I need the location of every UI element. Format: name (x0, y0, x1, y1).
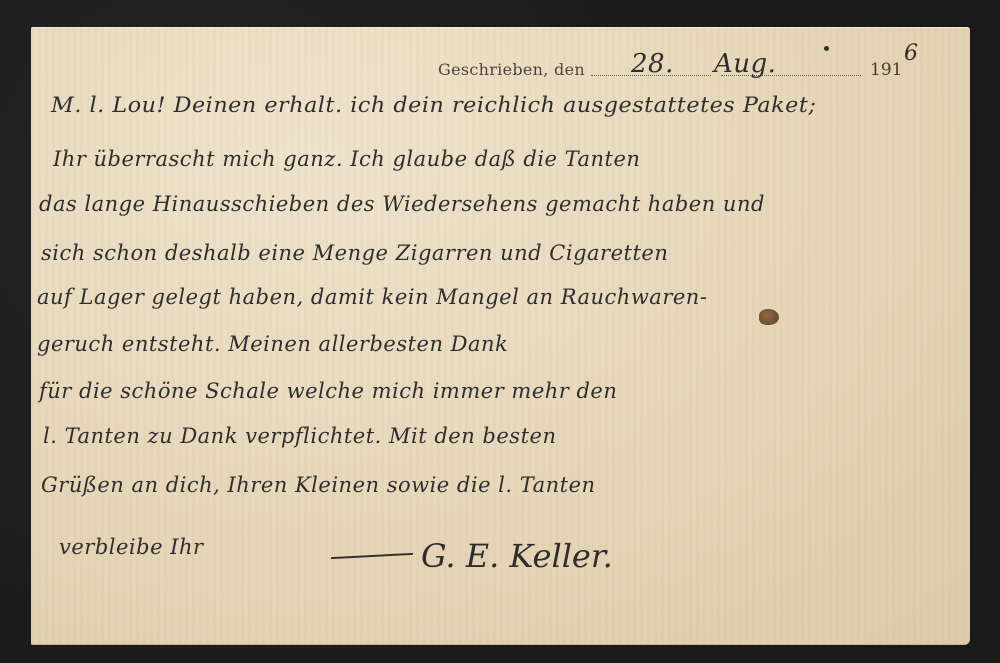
printed-header-label: Geschrieben, den (438, 60, 585, 79)
letter-line-2: Ihr überrascht mich ganz. Ich glaube daß… (53, 147, 640, 171)
letter-line-6: geruch entsteht. Meinen allerbesten Dank (37, 332, 508, 356)
letter-line-1: M. l. Lou! Deinen erhalt. ich dein reich… (51, 93, 816, 117)
postcard: Geschrieben, den 28. Aug. 191 6 M. l. Lo… (31, 27, 970, 645)
year-suffix: 6 (904, 41, 919, 66)
ink-dot (824, 46, 829, 51)
stain-mark (759, 309, 779, 325)
letter-line-7: für die schöne Schale welche mich immer … (39, 379, 617, 403)
letter-line-3: das lange Hinausschieben des Wiedersehen… (39, 192, 765, 216)
year-prefix: 191 (870, 60, 902, 80)
letter-line-9: Grüßen an dich, Ihren Kleinen sowie die … (41, 473, 596, 497)
date-month: Aug. (714, 49, 776, 79)
letter-line-8: l. Tanten zu Dank verpflichtet. Mit den … (43, 424, 556, 448)
letter-line-10: verbleibe Ihr (59, 535, 204, 559)
letter-line-5: auf Lager gelegt haben, damit kein Mange… (37, 285, 707, 309)
date-day: 28. (631, 49, 674, 79)
letter-line-4: sich schon deshalb eine Menge Zigarren u… (41, 241, 668, 265)
signature-dash (331, 553, 413, 559)
signature: G. E. Keller. (421, 537, 613, 575)
